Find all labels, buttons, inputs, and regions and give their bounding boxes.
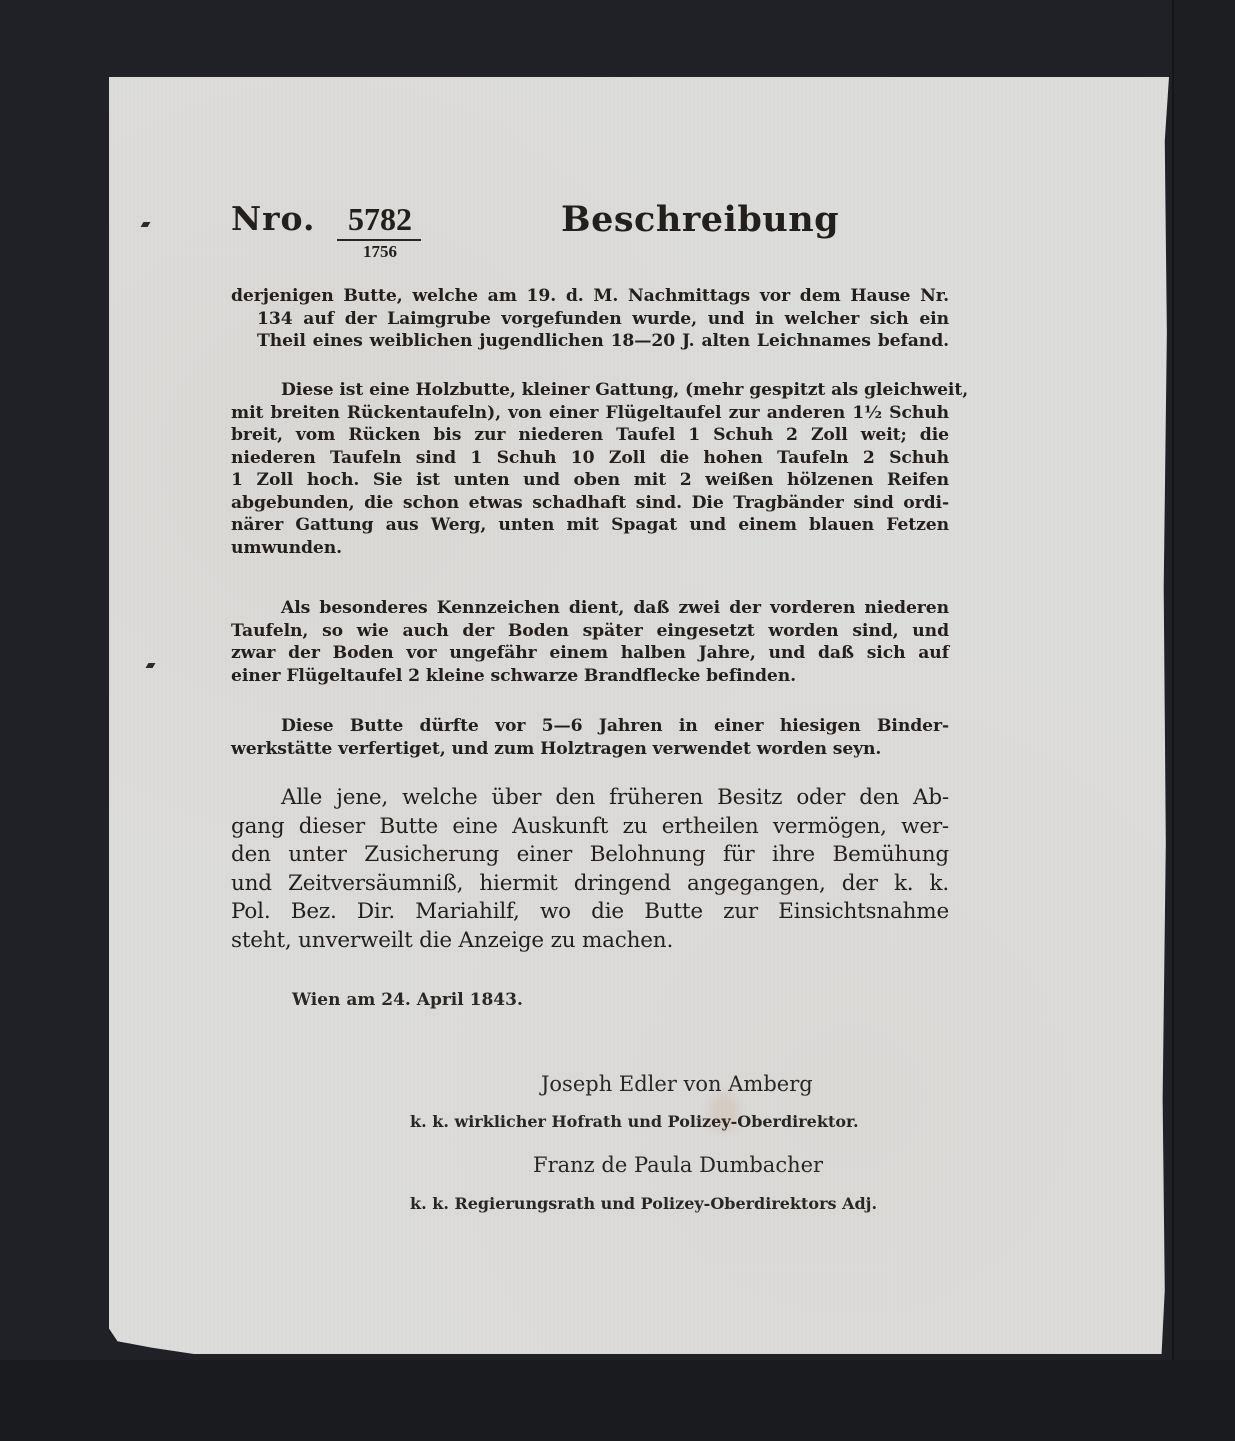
- text-line: niederen Taufeln sind 1 Schuh 10 Zoll di…: [231, 447, 949, 470]
- text-line: breit, vom Rücken bis zur niederen Taufe…: [231, 424, 949, 447]
- text-line: 1 Zoll hoch. Sie ist unten und oben mit …: [231, 469, 949, 492]
- text-line: 134 auf der Laimgrube vorgefunden wurde,…: [231, 308, 949, 331]
- date-line: Wien am 24. April 1843.: [292, 990, 523, 1010]
- text-line: Diese Butte dürfte vor 5—6 Jahren in ein…: [231, 715, 949, 738]
- document-header: Nro. 5782 1756 Beschreibung: [231, 199, 931, 259]
- nro-label: Nro.: [231, 199, 315, 238]
- signatory-title: k. k. Regierungsrath und Polizey-Oberdir…: [410, 1194, 877, 1213]
- signatory-name: Franz de Paula Dumbacher: [533, 1153, 823, 1177]
- intro-paragraph: derjenigen Butte, welche am 19. d. M. Na…: [231, 285, 949, 353]
- signatory-name: Joseph Edler von Amberg: [541, 1072, 813, 1096]
- text-line: und Zeitversäumniß, hiermit dringend ang…: [231, 870, 949, 899]
- text-line: steht, unverweilt die Anzeige zu machen.: [231, 927, 949, 956]
- document-page: Nro. 5782 1756 Beschreibung derjenigen B…: [109, 77, 1169, 1354]
- text-line: Alle jene, welche über den früheren Besi…: [231, 784, 949, 813]
- margin-mark: [146, 663, 156, 668]
- text-line: zwar der Boden vor ungefähr einem halben…: [231, 642, 949, 665]
- text-line: den unter Zusicherung einer Belohnung fü…: [231, 841, 949, 870]
- text-line: närer Gattung aus Werg, unten mit Spagat…: [231, 514, 949, 537]
- text-line: werkstätte verfertiget, und zum Holztrag…: [231, 738, 949, 761]
- text-line: gang dieser Butte eine Auskunft zu erthe…: [231, 813, 949, 842]
- description-paragraph: Diese ist eine Holzbutte, kleiner Gattun…: [231, 379, 949, 559]
- text-line: Theil eines weiblichen jugendlichen 18—2…: [231, 330, 949, 353]
- backdrop-bottom: [0, 1360, 1235, 1441]
- text-line: umwunden.: [231, 537, 949, 560]
- origin-paragraph: Diese Butte dürfte vor 5—6 Jahren in ein…: [231, 715, 949, 760]
- text-line: mit breiten Rückentaufeln), von einer Fl…: [231, 402, 949, 425]
- text-line: Taufeln, so wie auch der Boden später ei…: [231, 620, 949, 643]
- number-divider: [337, 239, 421, 241]
- text-line: Diese ist eine Holzbutte, kleiner Gattun…: [231, 379, 949, 402]
- page-title: Beschreibung: [561, 199, 839, 240]
- text-line: abgebunden, die schon etwas schadhaft si…: [231, 492, 949, 515]
- appeal-paragraph: Alle jene, welche über den früheren Besi…: [231, 784, 949, 955]
- signatory-title: k. k. wirklicher Hofrath und Polizey-Obe…: [410, 1112, 859, 1131]
- text-line: Als besonderes Kennzeichen dient, daß zw…: [231, 597, 949, 620]
- text-line: Pol. Bez. Dir. Mariahilf, wo die Butte z…: [231, 898, 949, 927]
- backdrop-right-panel: [1172, 0, 1235, 1441]
- text-line: derjenigen Butte, welche am 19. d. M. Na…: [231, 285, 949, 308]
- text-line: einer Flügeltaufel 2 kleine schwarze Bra…: [231, 665, 949, 688]
- document-number: 5782: [337, 201, 423, 238]
- document-sub-number: 1756: [337, 242, 423, 262]
- identifying-marks-paragraph: Als besonderes Kennzeichen dient, daß zw…: [231, 597, 949, 687]
- margin-mark: [141, 222, 151, 227]
